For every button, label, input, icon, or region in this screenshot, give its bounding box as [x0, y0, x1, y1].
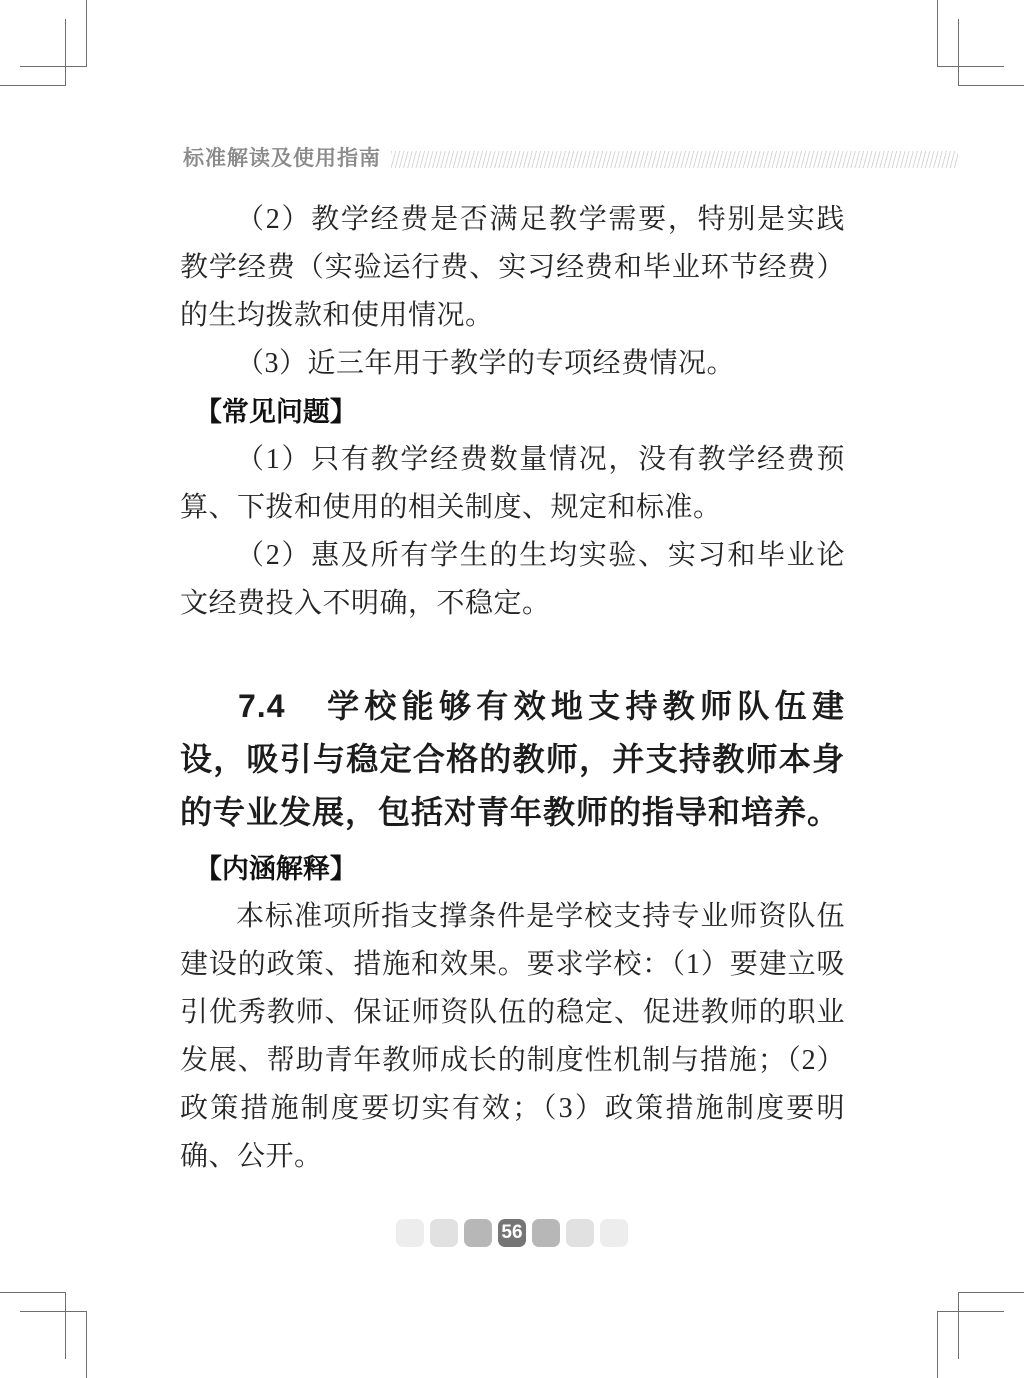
page-number-badge: 56 — [498, 1219, 526, 1247]
hatch-rule — [391, 151, 958, 168]
paragraph-problem-1: （1）只有教学经费数量情况，没有教学经费预算、下拨和使用的相关制度、规定和标准。 — [180, 436, 845, 532]
bracket-heading-common-problems: 【常见问题】 — [180, 388, 845, 436]
page-body: （2）教学经费是否满足教学需要，特别是实践教学经费（实验运行费、实习经费和毕业环… — [180, 196, 845, 1181]
paragraph-funding-3: （3）近三年用于教学的专项经费情况。 — [180, 340, 845, 388]
paragraph-problem-2: （2）惠及所有学生的生均实验、实习和毕业论文经费投入不明确，不稳定。 — [180, 532, 845, 628]
pager-square — [464, 1219, 492, 1247]
paragraph-funding-2: （2）教学经费是否满足教学需要，特别是实践教学经费（实验运行费、实习经费和毕业环… — [180, 196, 845, 340]
pager-square — [396, 1219, 424, 1247]
pager-square — [532, 1219, 560, 1247]
pager-square — [430, 1219, 458, 1247]
page-header: 标准解读及使用指南 — [183, 146, 958, 172]
page-footer: 56 — [0, 1219, 1024, 1247]
bracket-heading-connotation: 【内涵解释】 — [180, 845, 845, 893]
pager-square — [566, 1219, 594, 1247]
running-head-title: 标准解读及使用指南 — [183, 146, 381, 172]
book-page: 标准解读及使用指南 （2）教学经费是否满足教学需要，特别是实践教学经费（实验运行… — [0, 0, 1024, 1378]
section-heading-7-4: 7.4 学校能够有效地支持教师队伍建设，吸引与稳定合格的教师，并支持教师本身的专… — [180, 680, 845, 839]
paragraph-connotation-body: 本标准项所指支撑条件是学校支持专业师资队伍建设的政策、措施和效果。要求学校：（1… — [180, 893, 845, 1181]
pager-square — [600, 1219, 628, 1247]
